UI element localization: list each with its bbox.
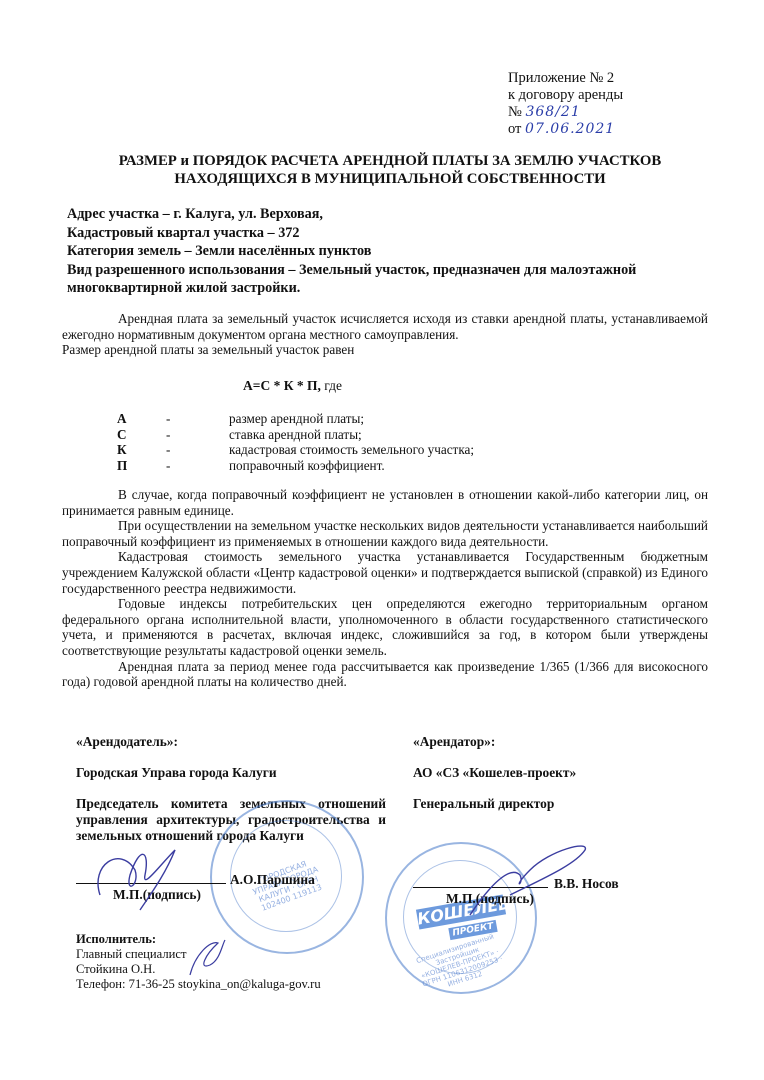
lessee-position: Генеральный директор bbox=[413, 796, 653, 812]
definition-text: ставка арендной платы; bbox=[229, 427, 362, 443]
definition-dash: - bbox=[166, 458, 229, 474]
definition-row: К - кадастровая стоимость земельного уча… bbox=[117, 442, 474, 458]
property-permitted-use: Вид разрешенного использования – Земельн… bbox=[67, 261, 707, 298]
definition-dash: - bbox=[166, 411, 229, 427]
title-line-2: НАХОДЯЩИХСЯ В МУНИЦИПАЛЬНОЙ СОБСТВЕННОСТ… bbox=[70, 170, 710, 188]
definition-row: С - ставка арендной платы; bbox=[117, 427, 474, 443]
property-details: Адрес участка – г. Калуга, ул. Верховая,… bbox=[67, 205, 707, 298]
formula: А=С * К * П, где bbox=[243, 378, 342, 394]
appendix-header: Приложение № 2 к договору аренды № 368/2… bbox=[508, 70, 623, 138]
definition-symbol: П bbox=[117, 458, 166, 474]
lessee-block: «Арендатор»: АО «СЗ «Кошелев-проект» Ген… bbox=[413, 734, 653, 812]
lessor-role: «Арендодатель»: bbox=[76, 734, 386, 750]
property-address: Адрес участка – г. Калуга, ул. Верховая, bbox=[67, 205, 707, 224]
intro-block: Арендная плата за земельный участок исчи… bbox=[62, 311, 708, 358]
title-line-1: РАЗМЕР и ПОРЯДОК РАСЧЕТА АРЕНДНОЙ ПЛАТЫ … bbox=[70, 152, 710, 170]
paragraph-coefficient-default: В случае, когда поправочный коэффициент … bbox=[62, 487, 708, 518]
formula-expression: А=С * К * П, bbox=[243, 378, 321, 393]
definition-text: поправочный коэффициент. bbox=[229, 458, 385, 474]
definition-row: А - размер арендной платы; bbox=[117, 411, 474, 427]
definition-dash: - bbox=[166, 427, 229, 443]
appendix-number-row: № 368/21 bbox=[508, 104, 623, 121]
document-title: РАЗМЕР и ПОРЯДОК РАСЧЕТА АРЕНДНОЙ ПЛАТЫ … bbox=[70, 152, 710, 188]
definition-symbol: А bbox=[117, 411, 166, 427]
lessor-org: Городская Управа города Калуги bbox=[76, 765, 386, 781]
body-text: В случае, когда поправочный коэффициент … bbox=[62, 487, 708, 690]
definition-symbol: К bbox=[117, 442, 166, 458]
appendix-date-row: от 07.06.2021 bbox=[508, 121, 623, 138]
lessor-signature-icon bbox=[80, 835, 200, 915]
appendix-contract-label: к договору аренды bbox=[508, 87, 623, 104]
definition-row: П - поправочный коэффициент. bbox=[117, 458, 474, 474]
date-label: от bbox=[508, 121, 521, 137]
intro-rent-size: Размер арендной платы за земельный участ… bbox=[62, 342, 708, 358]
number-label: № bbox=[508, 104, 522, 120]
definition-dash: - bbox=[166, 442, 229, 458]
lessee-role: «Арендатор»: bbox=[413, 734, 653, 750]
executor-signature-icon bbox=[180, 935, 230, 980]
paragraph-cadastral-value: Кадастровая стоимость земельного участка… bbox=[62, 549, 708, 596]
contract-number-handwritten: 368/21 bbox=[525, 104, 580, 120]
paragraph-partial-year: Арендная плата за период менее года расс… bbox=[62, 659, 708, 690]
definition-text: размер арендной платы; bbox=[229, 411, 364, 427]
paragraph-price-indices: Годовые индексы потребительских цен опре… bbox=[62, 596, 708, 658]
definition-text: кадастровая стоимость земельного участка… bbox=[229, 442, 474, 458]
property-cadastral-quarter: Кадастровый квартал участка – 372 bbox=[67, 224, 707, 243]
contract-date-handwritten: 07.06.2021 bbox=[525, 121, 615, 137]
intro-paragraph: Арендная плата за земельный участок исчи… bbox=[62, 311, 708, 342]
definition-symbol: С bbox=[117, 427, 166, 443]
lessee-org: АО «СЗ «Кошелев-проект» bbox=[413, 765, 653, 781]
property-land-category: Категория земель – Земли населённых пунк… bbox=[67, 242, 707, 261]
lessee-signature-icon bbox=[450, 835, 600, 925]
formula-definitions: А - размер арендной платы; С - ставка ар… bbox=[117, 411, 474, 474]
formula-suffix: где bbox=[321, 378, 342, 393]
lessor-signatory: А.О.Паршина bbox=[230, 872, 315, 888]
appendix-title: Приложение № 2 bbox=[508, 70, 623, 87]
paragraph-multiple-activities: При осуществлении на земельном участке н… bbox=[62, 518, 708, 549]
